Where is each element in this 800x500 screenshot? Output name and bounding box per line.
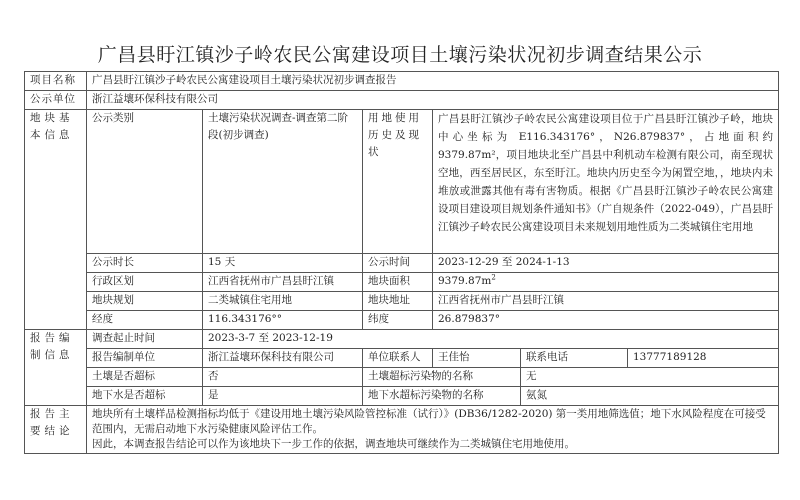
table-row: 经度 116.343176°° 纬度 26.879837° xyxy=(25,311,779,330)
soil-exceed-label: 土壤是否超标 xyxy=(87,368,203,387)
conclusion-line-1: 地块所有土壤样品检测指标均低于《建设用地土壤污染风险管控标准（试行）》(DB36… xyxy=(92,407,773,437)
latitude-value: 26.879837° xyxy=(433,311,779,330)
planning-value: 二类城镇住宅用地 xyxy=(203,292,363,311)
table-row: 地下水是否超标 是 地下水超标污染物的名称 氨氮 xyxy=(25,387,779,406)
duration-value: 15 天 xyxy=(203,254,363,273)
survey-period-value: 2023-3-7 至 2023-12-19 xyxy=(203,330,779,349)
latitude-label: 纬度 xyxy=(363,311,433,330)
table-row: 土壤是否超标 否 土壤超标污染物的名称 无 xyxy=(25,368,779,387)
table-row: 报告主要结论 地块所有土壤样品检测指标均低于《建设用地土壤污染风险管控标准（试行… xyxy=(25,406,779,454)
duration-label: 公示时长 xyxy=(87,254,203,273)
table-row: 地块基本信息 公示类别 土壤污染状况调查-调查第二阶段(初步调查) 用地使用历史… xyxy=(25,110,779,254)
table-row: 报告编制信息 调查起止时间 2023-3-7 至 2023-12-19 xyxy=(25,330,779,349)
water-pollutant-value: 氨氮 xyxy=(521,387,779,406)
disclosure-table: 项目名称 广昌县盱江镇沙子岭农民公寓建设项目土壤污染状况初步调查报告 公示单位 … xyxy=(24,71,779,454)
site-info-section-label: 地块基本信息 xyxy=(25,110,87,330)
publisher-value: 浙江益壤环保科技有限公司 xyxy=(87,91,779,110)
longitude-label: 经度 xyxy=(87,311,203,330)
water-pollutant-label: 地下水超标污染物的名称 xyxy=(363,387,521,406)
soil-pollutant-label: 土壤超标污染物的名称 xyxy=(363,368,521,387)
district-label: 行政区划 xyxy=(87,273,203,292)
project-name-value: 广昌县盱江镇沙子岭农民公寓建设项目土壤污染状况初步调查报告 xyxy=(87,72,779,91)
report-info-section-label: 报告编制信息 xyxy=(25,330,87,406)
conclusion-text: 地块所有土壤样品检测指标均低于《建设用地土壤污染风险管控标准（试行）》(DB36… xyxy=(87,406,779,454)
water-exceed-value: 是 xyxy=(203,387,363,406)
contact-value: 王佳怡 xyxy=(433,349,521,368)
water-exceed-label: 地下水是否超标 xyxy=(87,387,203,406)
project-name-label: 项目名称 xyxy=(25,72,87,91)
area-value: 9379.87m2 xyxy=(433,273,779,292)
table-row: 报告编制单位 浙江益壤环保科技有限公司 单位联系人 王佳怡 联系电话 13777… xyxy=(25,349,779,368)
compiler-value: 浙江益壤环保科技有限公司 xyxy=(203,349,363,368)
history-label: 用地使用历史及现状 xyxy=(363,110,433,254)
compiler-label: 报告编制单位 xyxy=(87,349,203,368)
phone-value: 13777189128 xyxy=(628,349,779,368)
history-value: 广昌县盱江镇沙子岭农民公寓建设项目位于广昌县盱江镇沙子岭，地块中心坐标为 E11… xyxy=(433,110,779,254)
category-value: 土壤污染状况调查-调查第二阶段(初步调查) xyxy=(203,110,363,254)
survey-period-label: 调查起止时间 xyxy=(87,330,203,349)
soil-exceed-value: 否 xyxy=(203,368,363,387)
table-row: 行政区划 江西省抚州市广昌县盱江镇 地块面积 9379.87m2 xyxy=(25,273,779,292)
longitude-value: 116.343176°° xyxy=(203,311,363,330)
address-label: 地块地址 xyxy=(363,292,433,311)
phone-label: 联系电话 xyxy=(521,349,628,368)
contact-label: 单位联系人 xyxy=(363,349,433,368)
area-label: 地块面积 xyxy=(363,273,433,292)
conclusion-line-2: 因此，本调查报告结论可以作为该地块下一步工作的依据，调查地块可继续作为二类城镇住… xyxy=(92,437,773,452)
category-label: 公示类别 xyxy=(87,110,203,254)
page-title: 广昌县盱江镇沙子岭农民公寓建设项目土壤污染状况初步调查结果公示 xyxy=(0,40,800,67)
publisher-label: 公示单位 xyxy=(25,91,87,110)
period-label: 公示时间 xyxy=(363,254,433,273)
period-value: 2023-12-29 至 2024-1-13 xyxy=(433,254,779,273)
soil-pollutant-value: 无 xyxy=(521,368,779,387)
table-row: 项目名称 广昌县盱江镇沙子岭农民公寓建设项目土壤污染状况初步调查报告 xyxy=(25,72,779,91)
table-row: 公示单位 浙江益壤环保科技有限公司 xyxy=(25,91,779,110)
district-value: 江西省抚州市广昌县盱江镇 xyxy=(203,273,363,292)
planning-label: 地块规划 xyxy=(87,292,203,311)
table-row: 地块规划 二类城镇住宅用地 地块地址 江西省抚州市广昌县盱江镇 xyxy=(25,292,779,311)
table-row: 公示时长 15 天 公示时间 2023-12-29 至 2024-1-13 xyxy=(25,254,779,273)
address-value: 江西省抚州市广昌县盱江镇 xyxy=(433,292,779,311)
conclusion-section-label: 报告主要结论 xyxy=(25,406,87,454)
